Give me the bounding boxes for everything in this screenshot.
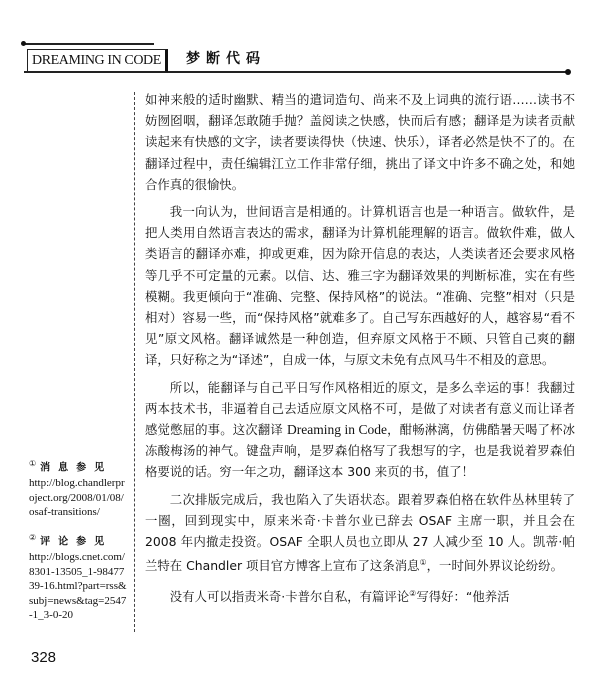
page-number: 328 bbox=[31, 649, 56, 666]
paragraph: 二次排版完成后，我也陷入了失语状态。跟着罗森伯格在软件丛林里转了一圈，回到现实中… bbox=[145, 489, 575, 577]
margin-divider bbox=[134, 92, 135, 632]
paragraph: 所以，能翻译与自己平日写作风格相近的原文，是多么幸运的事！我翻过两本技术书，非逼… bbox=[145, 377, 575, 483]
side-note-1: ①消息参见 http://blog.chandlerproject.org/20… bbox=[29, 457, 127, 520]
paragraph-text: ，一时间外界议论纷纷。 bbox=[427, 558, 563, 573]
running-header: DREAMING IN CODE 梦断代码 bbox=[24, 43, 568, 73]
book-title-inline: Dreaming in Code bbox=[287, 422, 387, 437]
body-text: 如神来般的适时幽默、精当的遣词造句、尚来不及上词典的流行语……读书不妨囫囵咽，翻… bbox=[145, 89, 575, 613]
side-note-title: 评论参见 bbox=[40, 537, 112, 548]
footnote-ref-1[interactable]: ① bbox=[420, 558, 427, 567]
header-dot-right bbox=[565, 69, 571, 75]
side-note-title: 消息参见 bbox=[40, 463, 112, 474]
paragraph: 我一向认为，世间语言是相通的。计算机语言也是一种语言。做软件，是把人类用自然语言… bbox=[145, 201, 575, 371]
paragraph: 如神来般的适时幽默、精当的遣词造句、尚来不及上词典的流行语……读书不妨囫囵咽，翻… bbox=[145, 89, 575, 195]
paragraph: 没有人可以指责米奇·卡普尔自私，有篇评论②写得好：“他养活 bbox=[145, 583, 575, 607]
side-note-marker: ② bbox=[29, 533, 36, 542]
side-note-marker: ① bbox=[29, 459, 36, 468]
side-note-url: http://blogs.cnet.com/8301-13505_1-98477… bbox=[29, 550, 127, 623]
book-title-cn: 梦断代码 bbox=[186, 49, 266, 70]
paragraph-text: 没有人可以指责米奇·卡普尔自私，有篇评论 bbox=[170, 589, 409, 604]
paragraph-text: 写得好：“他养活 bbox=[416, 589, 509, 604]
header-dot-left bbox=[21, 41, 26, 46]
book-title-en: DREAMING IN CODE bbox=[27, 49, 168, 72]
side-note-2: ②评论参见 http://blogs.cnet.com/8301-13505_1… bbox=[29, 531, 127, 623]
header-top-rule bbox=[24, 43, 154, 45]
side-note-url: http://blog.chandlerproject.org/2008/01/… bbox=[29, 476, 127, 520]
